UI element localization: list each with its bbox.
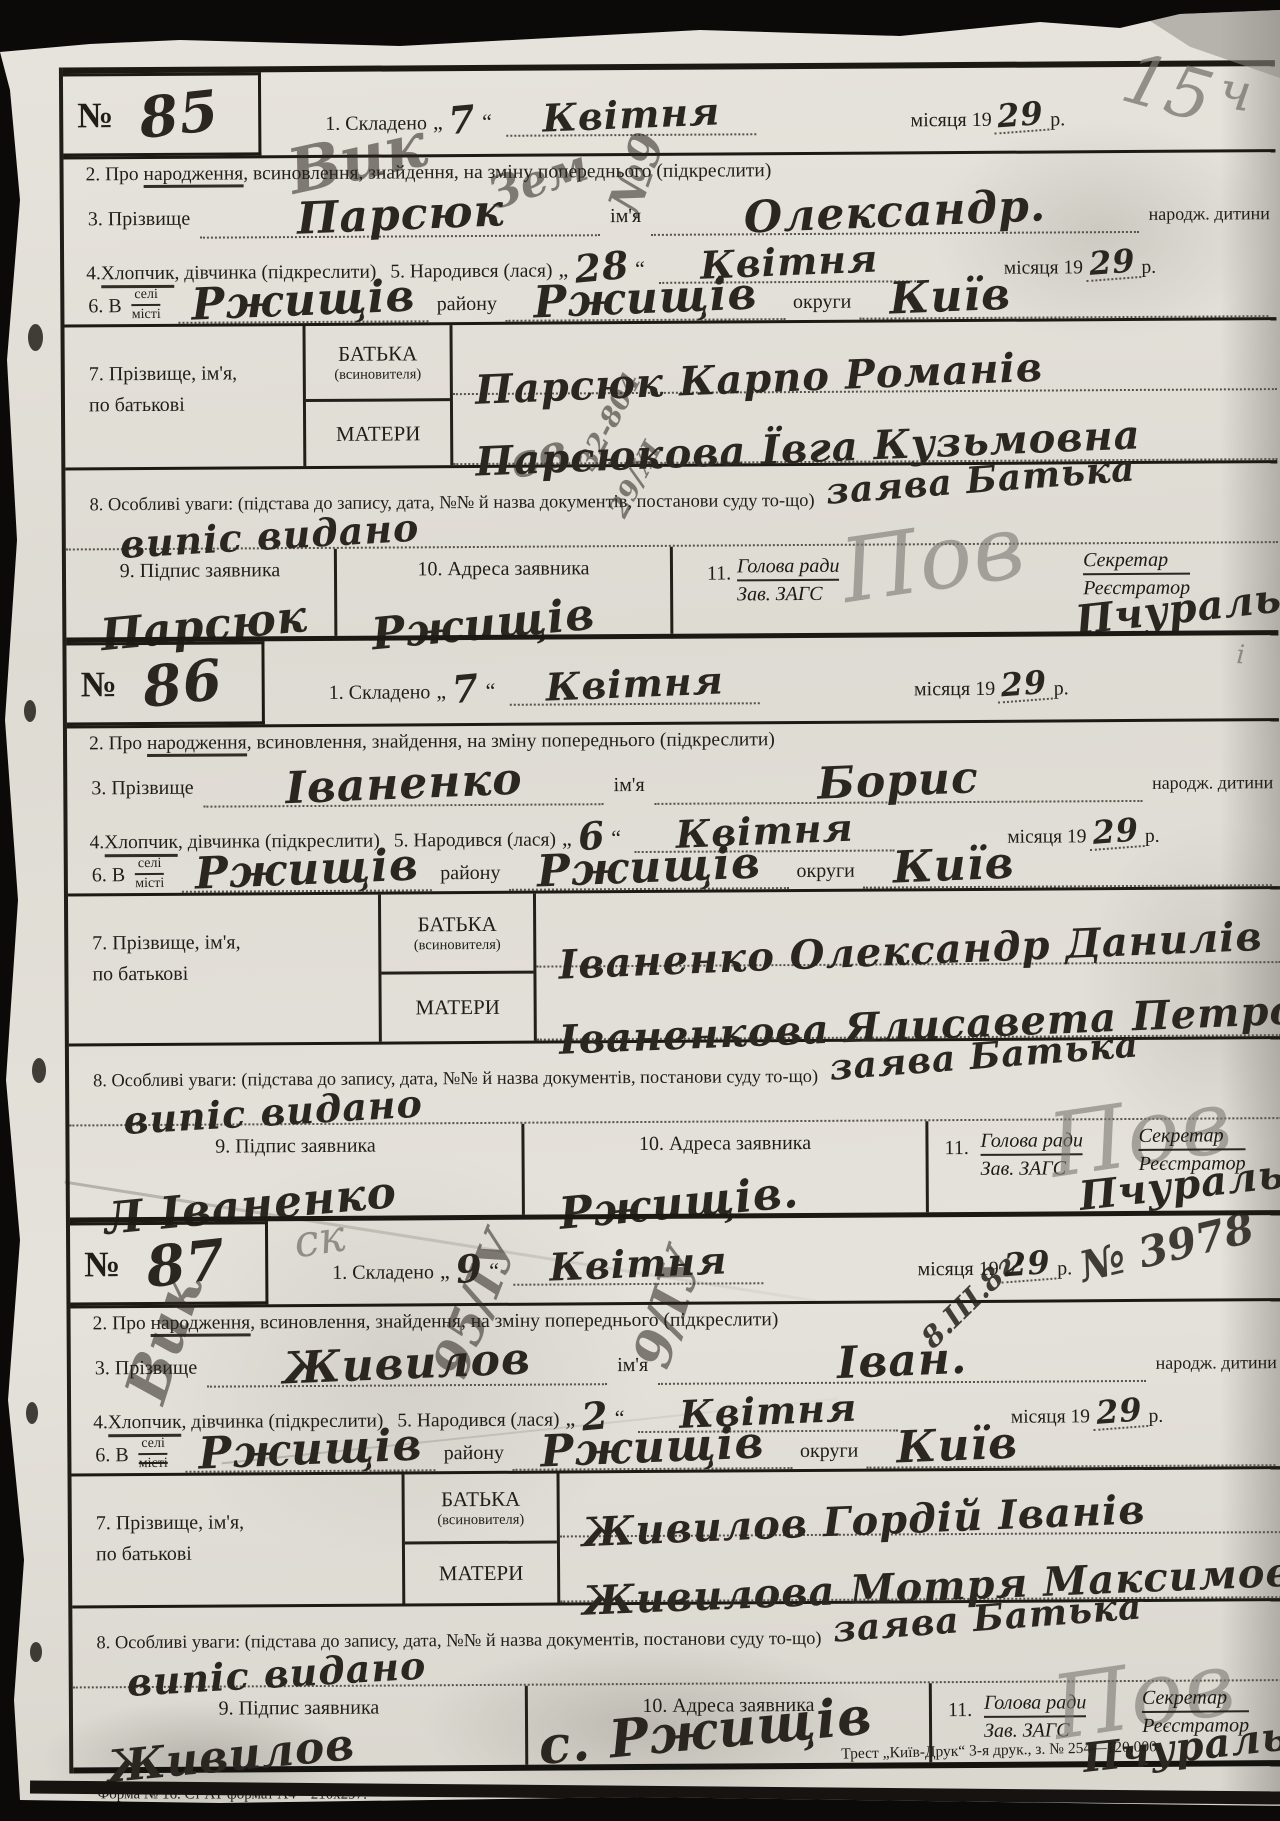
item-11-label: 11. xyxy=(707,563,731,586)
field2-post: , всиновлення, знайдення, на зміну попер… xyxy=(247,729,775,753)
parents-label-line2: по батькові xyxy=(89,394,185,417)
month-year-label: місяця 19 xyxy=(910,109,991,132)
city-option-crossed: місті xyxy=(139,1456,168,1471)
parents-label-line2: по батькові xyxy=(96,1543,192,1566)
registry-form: № 85 1. Складено „ 7 “ Квітня місяця 192… xyxy=(59,60,1280,1773)
scanned-registry-page: № 85 1. Складено „ 7 “ Квітня місяця 192… xyxy=(0,0,1280,1821)
district-value: Ржищів xyxy=(536,841,762,894)
applicant-address-label: 10. Адреса заявника xyxy=(337,557,670,582)
field-3-surname-row: 3. Прізвище Парсюк ім'я Олександр. народ… xyxy=(64,182,1276,239)
father-cell: БАТЬКА(всиновителя) xyxy=(305,325,449,402)
composed-row: 1. Складено „ 7 “ Квітня місяця 1929р. xyxy=(328,635,1278,707)
number-sign: № xyxy=(84,1243,120,1285)
record-number-value: 85 xyxy=(137,82,223,146)
paper-sheet: № 85 1. Складено „ 7 “ Квітня місяця 192… xyxy=(0,0,1280,1821)
parents-label-line1: 7. Прізвище, ім'я, xyxy=(92,931,240,954)
fraction-bar xyxy=(737,579,839,582)
village-option: селі xyxy=(141,1436,165,1451)
okruha-entry: Київ xyxy=(859,273,1268,319)
record-number-box: № 86 xyxy=(66,641,265,725)
signature-row: 9. Підпис заявника Парсюк 10. Адреса зая… xyxy=(66,543,1279,637)
city-option: місті xyxy=(132,307,161,322)
name-value: Олександр. xyxy=(743,184,1047,240)
parent-values: Живилов Гордій Іванів Живилова Мотря Мак… xyxy=(560,1469,1280,1602)
secretary-label: Секретар xyxy=(1142,1686,1227,1709)
field-7-parents: 7. Прізвище, ім'я,по батькові БАТЬКА(вси… xyxy=(68,889,1280,1047)
name-entry: Олександр. xyxy=(651,189,1139,236)
parents-label-line1: 7. Прізвище, ім'я, xyxy=(89,362,237,385)
fraction-bar xyxy=(139,1453,168,1455)
surname-value: Іваненко xyxy=(284,758,523,812)
born-year: 29 xyxy=(1084,244,1141,282)
in-label: 6. В xyxy=(92,864,126,893)
record-number-value: 86 xyxy=(140,651,226,715)
district-value: Ржищів xyxy=(532,272,758,325)
pencil-page-mark: 15 xyxy=(1115,42,1220,133)
field-7-parents: 7. Прізвище, ім'я,по батькові БАТЬКА(вси… xyxy=(64,320,1277,471)
village-city-fraction: селімісті xyxy=(132,287,161,322)
village-value: Ржищів xyxy=(191,274,417,327)
district-label: району xyxy=(437,293,497,322)
in-label: 6. В xyxy=(88,295,122,324)
applicant-address-label: 10. Адреса заявника xyxy=(524,1131,925,1156)
okruha-value: Київ xyxy=(895,1422,1018,1471)
okruha-entry: Київ xyxy=(863,842,1272,888)
name-entry: Борис xyxy=(654,758,1142,805)
adopter-label: (всиновителя) xyxy=(306,366,450,384)
quote-close: “ xyxy=(482,109,492,135)
composed-month-entry: Квітня xyxy=(513,1244,763,1286)
composed-label: 1. Складено xyxy=(329,681,431,705)
district-value: Ржищів xyxy=(539,1421,765,1474)
number-sign: № xyxy=(77,94,113,136)
secretary-label: Секретар xyxy=(1083,549,1168,572)
mother-cell: МАТЕРИ xyxy=(381,974,533,1042)
composed-day: 7 xyxy=(447,100,478,140)
parents-label: 7. Прізвище, ім'я,по батькові xyxy=(72,1474,403,1605)
child-birth-label: народж. дитини xyxy=(1156,1352,1280,1382)
adopter-label: (всиновителя) xyxy=(381,936,533,954)
secretary-label: Секретар xyxy=(1139,1125,1224,1148)
surname-value: Живилов xyxy=(282,1337,532,1391)
village-value: Ржищів xyxy=(194,843,420,896)
field2-underlined-birth: народження xyxy=(147,732,247,757)
in-label: 6. В xyxy=(95,1444,129,1473)
father-label: БАТЬКА xyxy=(405,1486,557,1512)
composed-day: 7 xyxy=(451,669,482,709)
surname-entry: Живилов xyxy=(207,1341,607,1387)
number-sign: № xyxy=(81,663,117,705)
village-value: Ржищів xyxy=(198,1423,424,1476)
applicant-address-cell: 10. Адреса заявника Ржищів. xyxy=(521,1121,926,1214)
district-entry: Ржищів xyxy=(505,276,785,322)
parent-values: Іваненко Олександр Данилів Іваненкова Ял… xyxy=(536,889,1280,1041)
applicant-signature-label: 9. Підпис заявника xyxy=(73,1695,525,1721)
field2-pre: 2. Про xyxy=(89,733,147,754)
mother-cell: МАТЕРИ xyxy=(306,402,450,467)
applicant-signature-cell: 9. Підпис заявника Парсюк xyxy=(66,549,335,637)
pencil-mark: і xyxy=(1236,642,1246,668)
okruha-value: Київ xyxy=(892,842,1015,891)
surname-label: 3. Прізвище xyxy=(91,777,194,809)
field-7-parents: 7. Прізвище, ім'я,по батькові БАТЬКА(вси… xyxy=(72,1469,1280,1608)
village-entry: Ржищів xyxy=(179,278,429,324)
composed-month-entry: Квітня xyxy=(509,664,759,706)
father-label: БАТЬКА xyxy=(306,341,450,367)
name-entry: Іван. xyxy=(658,1338,1146,1385)
parents-label: 7. Прізвище, ім'я,по батькові xyxy=(64,326,303,468)
fraction-bar xyxy=(135,873,164,875)
born-year: 29 xyxy=(1091,1393,1148,1431)
parents-label: 7. Прізвище, ім'я,по батькові xyxy=(68,895,379,1044)
name-label: ім'я xyxy=(614,774,645,805)
okruha-value: Київ xyxy=(888,273,1011,322)
composed-label: 1. Складено xyxy=(332,1261,434,1285)
council-head-label: Голова ради xyxy=(737,555,840,578)
year-group: місяця 1929р. xyxy=(910,98,1065,132)
mother-label: МАТЕРИ xyxy=(336,421,421,447)
child-birth-label: народж. дитини xyxy=(1148,203,1275,233)
fraction-bar xyxy=(132,304,161,306)
applicant-signature-label: 9. Підпис заявника xyxy=(66,559,334,584)
district-label: району xyxy=(440,862,500,891)
composed-year: 29 xyxy=(992,97,1049,135)
father-label: БАТЬКА xyxy=(381,911,533,937)
record-86: № 86 1. Складено „ 7 “ Квітня місяця 192… xyxy=(66,630,1280,1217)
okruha-label: округи xyxy=(796,860,855,889)
record-header-row: № 86 1. Складено „ 7 “ Квітня місяця 192… xyxy=(66,635,1279,728)
head-title-fraction: Голова радиЗав. ЗАГС xyxy=(737,554,840,607)
zags-head-label: Зав. ЗАГС xyxy=(737,583,823,606)
field-3-surname-row: 3. Прізвище Іваненко ім'я Борис народж. … xyxy=(67,751,1279,808)
pencil-mark: ск xyxy=(291,1214,348,1265)
parent-type-column: БАТЬКА(всиновителя) МАТЕРИ xyxy=(378,894,537,1042)
surname-label: 3. Прізвище xyxy=(88,208,191,240)
applicant-signature-cell: 9. Підпис заявника Живилов xyxy=(73,1685,525,1767)
district-entry: Ржищів xyxy=(512,1425,792,1471)
adopter-label: (всиновителя) xyxy=(405,1511,557,1529)
year-suffix: р. xyxy=(1054,677,1069,700)
quote-close: “ xyxy=(486,678,496,704)
applicant-signature-cell: 9. Підпис заявника Л Іваненко xyxy=(69,1124,522,1218)
mother-cell: МАТЕРИ xyxy=(405,1544,557,1603)
mother-entry: Живилова Мотря Максимовна xyxy=(560,1533,1280,1602)
parents-label-line2: по батькові xyxy=(92,963,188,986)
okruha-label: округи xyxy=(800,1440,859,1469)
father-cell: БАТЬКА(всиновителя) xyxy=(381,894,533,975)
village-entry: Ржищів xyxy=(186,1427,436,1473)
record-number-box: № 85 xyxy=(63,72,262,156)
composed-year: 29 xyxy=(996,666,1053,704)
applicant-signature-value: Живилов xyxy=(106,1723,357,1790)
year-suffix: р. xyxy=(1057,1257,1072,1280)
mother-entry: Іваненкова Ялисавета Петровна xyxy=(536,963,1280,1041)
district-entry: Ржищів xyxy=(508,845,788,891)
applicant-address-cell: 10. Адреса заявника Ржищів xyxy=(334,547,671,636)
parent-type-column: БАТЬКА(всиновителя) МАТЕРИ xyxy=(302,325,453,466)
quote-open: „ xyxy=(436,678,446,704)
applicant-signature-label: 9. Підпис заявника xyxy=(69,1134,521,1160)
fraction-bar xyxy=(1083,573,1190,576)
officials-cell: 11. Голова радиЗав. ЗАГС Пов СекретарРеє… xyxy=(670,543,1279,633)
child-birth-label: народж. дитини xyxy=(1152,772,1279,802)
signature-row: 9. Підпис заявника Л Іваненко 10. Адреса… xyxy=(69,1119,1280,1217)
field2-pre: 2. Про xyxy=(85,164,143,185)
month-year-label: місяця 19 xyxy=(914,678,995,701)
year-suffix: р. xyxy=(1050,108,1065,131)
quote-open: „ xyxy=(433,109,443,135)
father-cell: БАТЬКА(всиновителя) xyxy=(405,1474,557,1545)
fraction-bar xyxy=(1139,1148,1246,1151)
parent-type-column: БАТЬКА(всиновителя) МАТЕРИ xyxy=(402,1474,561,1604)
okruha-label: округи xyxy=(793,291,852,320)
fraction-bar xyxy=(1142,1710,1249,1713)
village-city-fraction: селімісті xyxy=(139,1436,168,1471)
mother-label: МАТЕРИ xyxy=(415,995,500,1021)
item-11-label: 11. xyxy=(948,1699,972,1722)
quote-open: „ xyxy=(440,1258,450,1284)
born-year: 29 xyxy=(1087,813,1144,851)
composed-month: Квітня xyxy=(545,661,725,706)
father-entry: Живилов Гордій Іванів xyxy=(560,1469,1280,1538)
page-content: № 85 1. Складено „ 7 “ Квітня місяця 192… xyxy=(0,0,1280,1821)
field2-underlined-birth: народження xyxy=(143,163,243,188)
mother-label: МАТЕРИ xyxy=(439,1561,524,1587)
name-value: Борис xyxy=(817,756,980,807)
item-11-label: 11. xyxy=(944,1137,968,1160)
parents-label-line1: 7. Прізвище, ім'я, xyxy=(96,1511,244,1534)
head-signature-scrawl: Пов xyxy=(836,503,1031,617)
pencil-page-mark: ч xyxy=(1216,64,1255,120)
village-option: селі xyxy=(134,287,158,302)
year-group: місяця 1929р. xyxy=(914,667,1069,701)
father-entry: Іваненко Олександр Данилів xyxy=(536,889,1280,967)
village-entry: Ржищів xyxy=(182,847,432,893)
surname-entry: Іваненко xyxy=(203,761,603,807)
village-option: селі xyxy=(138,856,162,871)
father-entry: Парсюк Карпо Романів xyxy=(452,320,1276,395)
district-label: району xyxy=(444,1442,504,1471)
okruha-entry: Київ xyxy=(866,1422,1275,1468)
officials-cell: 11. Голова радиЗав. ЗАГС Пов СекретарРеє… xyxy=(925,1119,1280,1212)
village-city-fraction: селімісті xyxy=(135,856,164,891)
city-option: місті xyxy=(135,876,164,891)
